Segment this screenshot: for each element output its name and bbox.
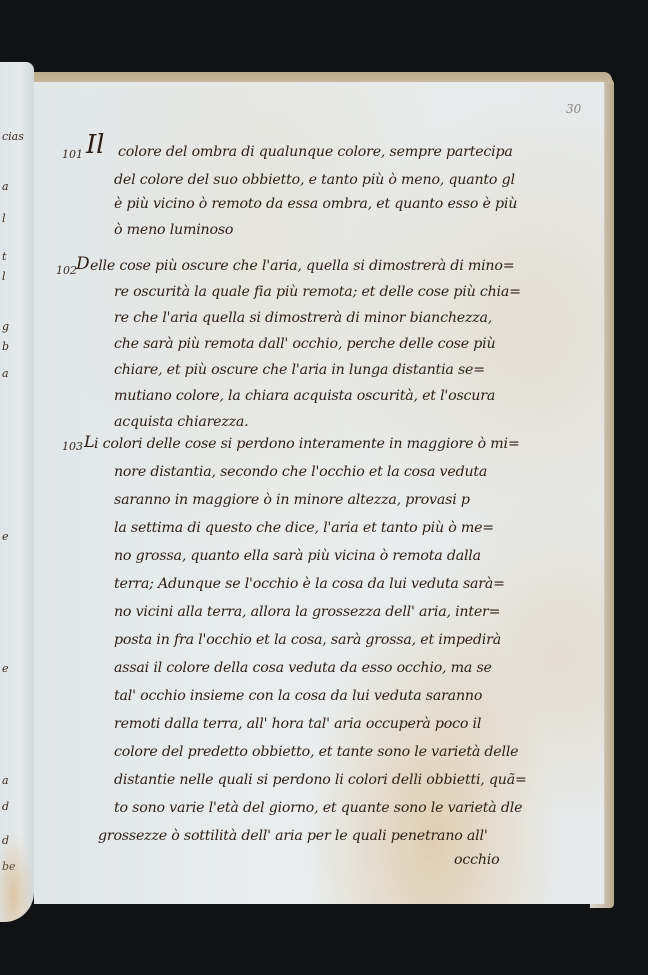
margin-fragment: b bbox=[2, 340, 9, 353]
text-line: è più vicino ò remoto da essa ombra, et … bbox=[114, 196, 517, 212]
text-line: no grossa, quanto ella sarà più vicina ò… bbox=[114, 548, 481, 564]
text-line: assai il colore della cosa veduta da ess… bbox=[114, 660, 492, 676]
margin-fragment: a bbox=[2, 367, 9, 380]
text-line: re che l'aria quella si dimostrerà di mi… bbox=[114, 310, 492, 326]
decorated-initial: D bbox=[76, 254, 89, 274]
text-line: grossezze ò sottilità dell' aria per le … bbox=[98, 828, 488, 844]
text-line: elle cose più oscure che l'aria, quella … bbox=[90, 258, 514, 274]
text-line: terra; Adunque se l'occhio è la cosa da … bbox=[114, 576, 505, 592]
folio-number: 30 bbox=[566, 102, 581, 116]
decorated-initial: Il bbox=[86, 132, 104, 158]
margin-fragment: g bbox=[2, 320, 9, 333]
margin-fragment: t bbox=[2, 250, 6, 263]
text-line: ò meno luminoso bbox=[114, 222, 233, 238]
text-line: posta in fra l'occhio et la cosa, sarà g… bbox=[114, 632, 501, 648]
catchword: occhio bbox=[454, 852, 499, 868]
margin-fragment: e bbox=[2, 530, 9, 543]
left-facing-page: cias a l t l g b a e e a d d be bbox=[0, 62, 34, 922]
foxing-stain bbox=[0, 832, 34, 922]
text-line: re oscurità la quale fia più remota; et … bbox=[114, 284, 521, 300]
text-line: chiare, et più oscure che l'aria in lung… bbox=[114, 362, 485, 378]
margin-fragment: a bbox=[2, 774, 9, 787]
margin-fragment: cias bbox=[2, 130, 24, 143]
text-line: saranno in maggiore ò in minore altezza,… bbox=[114, 492, 470, 508]
text-line: tal' occhio insieme con la cosa da lui v… bbox=[114, 688, 482, 704]
manuscript-page: 30 101 Il colore del ombra di qualunque … bbox=[34, 82, 605, 904]
text-line: to sono varie l'età del giorno, et quant… bbox=[114, 800, 522, 816]
text-line: mutiano colore, la chiara acquista oscur… bbox=[114, 388, 495, 404]
text-line: no vicini alla terra, allora la grossezz… bbox=[114, 604, 500, 620]
margin-fragment: a bbox=[2, 180, 9, 193]
text-line: distantie nelle quali si perdono li colo… bbox=[114, 772, 527, 788]
section-number: 103 bbox=[62, 440, 83, 453]
section-number: 101 bbox=[62, 148, 83, 161]
text-line: colore del ombra di qualunque colore, se… bbox=[118, 144, 513, 160]
margin-fragment: l bbox=[2, 270, 6, 283]
text-line: che sarà più remota dall' occhio, perche… bbox=[114, 336, 495, 352]
section-number: 102 bbox=[56, 264, 77, 277]
margin-fragment: e bbox=[2, 662, 9, 675]
decorated-initial: L bbox=[84, 432, 94, 451]
margin-fragment: l bbox=[2, 212, 6, 225]
margin-fragment: d bbox=[2, 800, 9, 813]
text-line: del colore del suo obbietto, e tanto più… bbox=[114, 172, 515, 188]
text-line: remoti dalla terra, all' hora tal' aria … bbox=[114, 716, 481, 732]
text-line: i colori delle cose si perdono interamen… bbox=[94, 436, 520, 452]
text-line: nore distantia, secondo che l'occhio et … bbox=[114, 464, 487, 480]
text-line: la settima di questo che dice, l'aria et… bbox=[114, 520, 494, 536]
text-line: acquista chiarezza. bbox=[114, 414, 249, 430]
text-line: colore del predetto obbietto, et tante s… bbox=[114, 744, 518, 760]
